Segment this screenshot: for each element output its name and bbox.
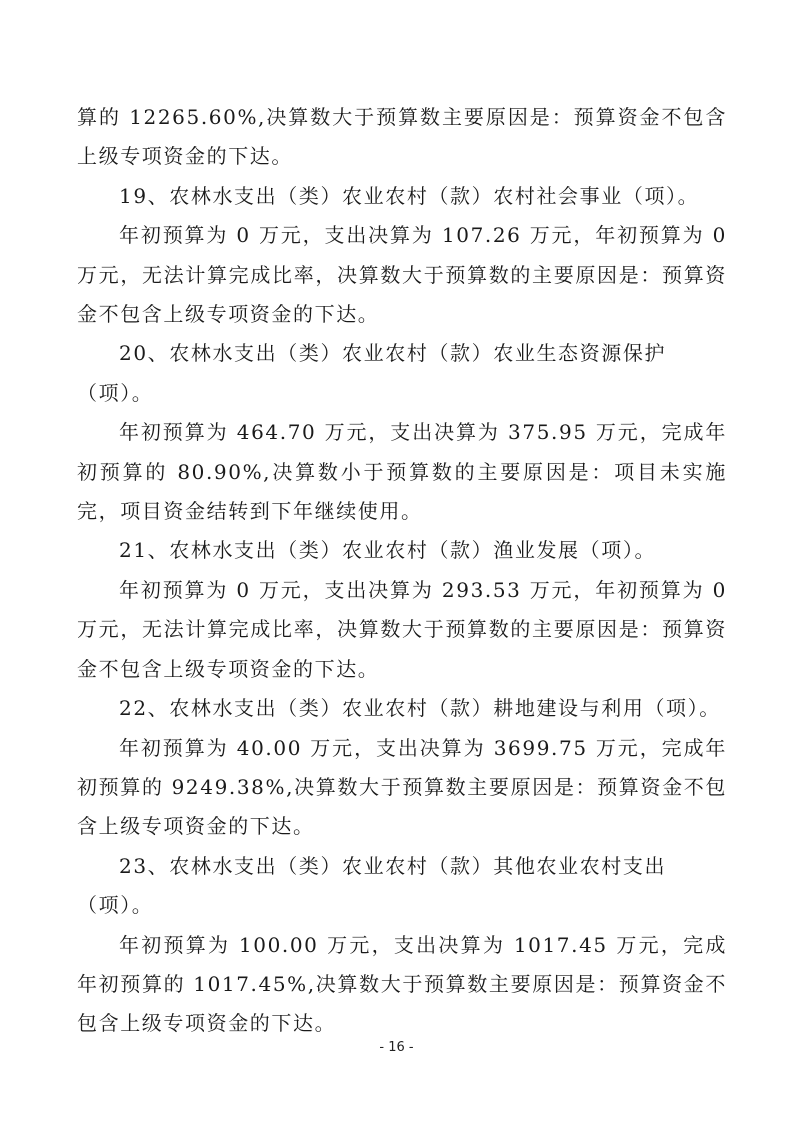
section-heading-19: 19、农林水支出（类）农业农村（款）农村社会事业（项）。 (77, 177, 727, 216)
continuation-paragraph: 算的 12265.60%,决算数大于预算数主要原因是：预算资金不包含上级专项资金… (77, 98, 727, 177)
document-page: 算的 12265.60%,决算数大于预算数主要原因是：预算资金不包含上级专项资金… (0, 0, 793, 1122)
section-body-22: 年初预算为 40.00 万元，支出决算为 3699.75 万元，完成年初预算的 … (77, 729, 727, 847)
section-body-20: 年初预算为 464.70 万元，支出决算为 375.95 万元，完成年初预算的 … (77, 413, 727, 531)
section-body-19: 年初预算为 0 万元，支出决算为 107.26 万元，年初预算为 0 万元，无法… (77, 216, 727, 334)
section-heading-22: 22、农林水支出（类）农业农村（款）耕地建设与利用（项）。 (77, 689, 727, 728)
section-heading-21: 21、农林水支出（类）农业农村（款）渔业发展（项）。 (77, 531, 727, 570)
page-number: - 16 - (0, 1040, 793, 1055)
section-heading-20: 20、农林水支出（类）农业农村（款）农业生态资源保护（项）。 (77, 334, 727, 413)
section-body-21: 年初预算为 0 万元，支出决算为 293.53 万元，年初预算为 0 万元，无法… (77, 571, 727, 689)
section-heading-23: 23、农林水支出（类）农业农村（款）其他农业农村支出（项）。 (77, 847, 727, 926)
section-body-23: 年初预算为 100.00 万元，支出决算为 1017.45 万元，完成年初预算的… (77, 926, 727, 1044)
document-body: 算的 12265.60%,决算数大于预算数主要原因是：预算资金不包含上级专项资金… (77, 98, 727, 1044)
